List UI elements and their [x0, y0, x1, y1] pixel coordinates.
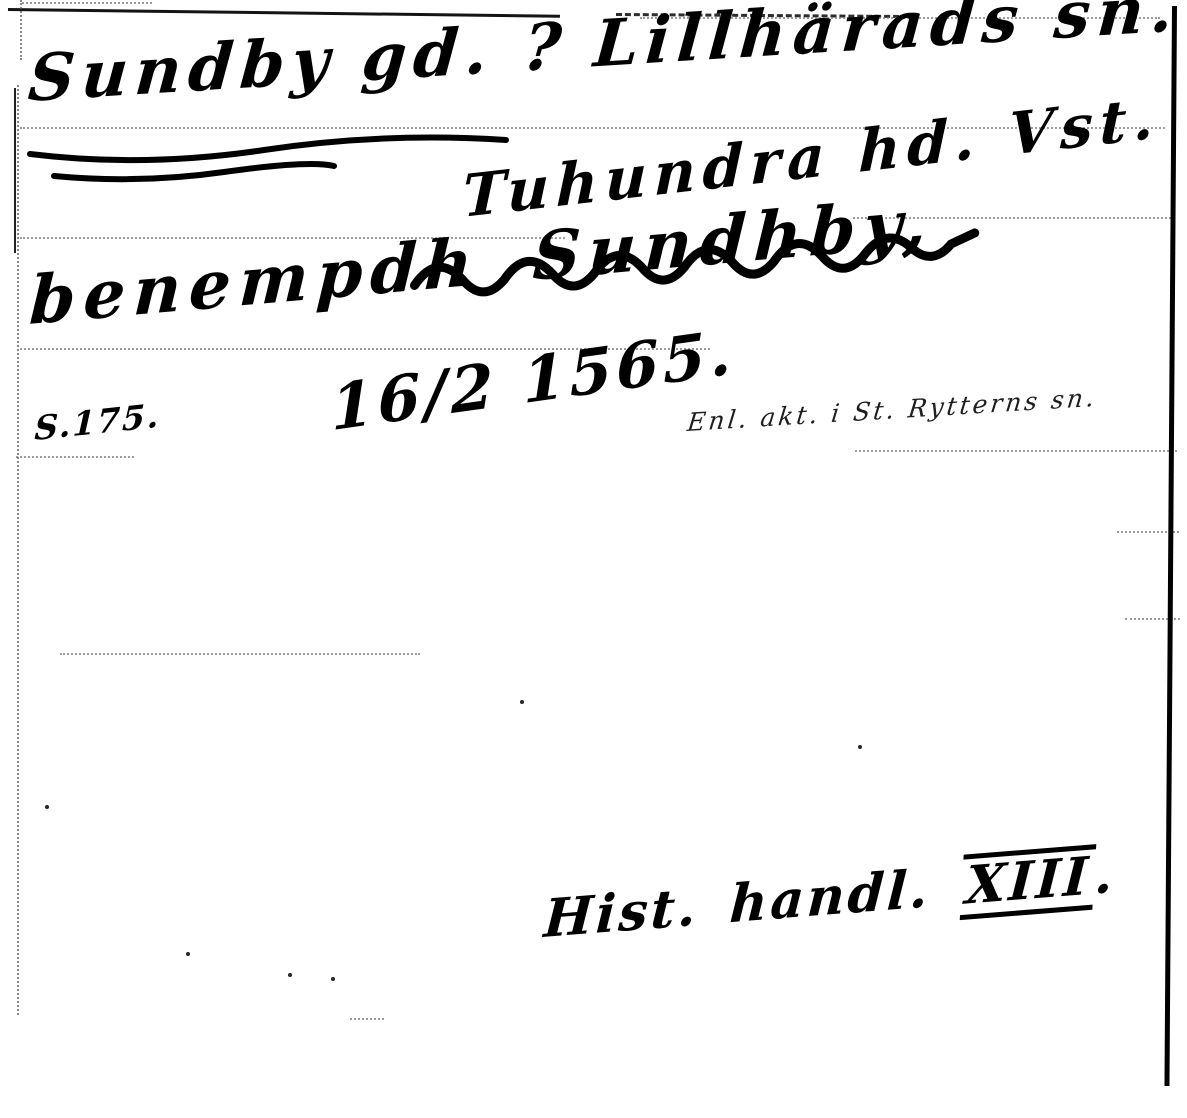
margin-reference-text: S.175. [34, 395, 161, 448]
ink-speck [520, 700, 524, 704]
ink-speck [186, 952, 190, 956]
ruled-line [22, 2, 152, 4]
pencil-note-line: Enl. akt. i St. Rytterns sn. [686, 385, 1098, 435]
headword-underline [24, 136, 524, 191]
source-terminator: . [1093, 843, 1118, 906]
ink-speck [45, 805, 49, 809]
ink-speck [288, 973, 292, 977]
ruled-line [60, 653, 420, 655]
source-citation-line: Hist. handl. XIII. [542, 842, 1118, 953]
ink-speck [858, 745, 862, 749]
ruled-line [350, 1018, 384, 1020]
excerpt-date-text: 16/2 1565. [330, 315, 736, 445]
parish-text: Lillhärads sn. [591, 0, 1183, 82]
margin-reference-line: S.175. [34, 398, 161, 445]
ruled-line [16, 456, 134, 458]
headline: Sundbygd. ?Lillhärads sn. [26, 0, 1182, 112]
pencil-note-text: Enl. akt. i St. Rytterns sn. [686, 383, 1099, 437]
headword-qualifier-text: gd. ? [359, 9, 571, 97]
ink-speck [331, 977, 335, 981]
date-line: 16/2 1565. [330, 321, 736, 440]
source-citation-text: Hist. handl. [542, 858, 932, 950]
scanned-archive-card: Sundbygd. ?Lillhärads sn. Tuhundra hd. V… [0, 0, 1187, 1118]
right-edge-rule [1164, 6, 1177, 1086]
headword-text: Sundby [26, 23, 339, 117]
ruled-line [855, 450, 1177, 452]
left-margin-rule [17, 85, 19, 1015]
left-margin-rule-top [20, 0, 22, 60]
left-margin-rule-dark [14, 88, 16, 253]
source-volume-numeral: XIII [960, 844, 1097, 920]
